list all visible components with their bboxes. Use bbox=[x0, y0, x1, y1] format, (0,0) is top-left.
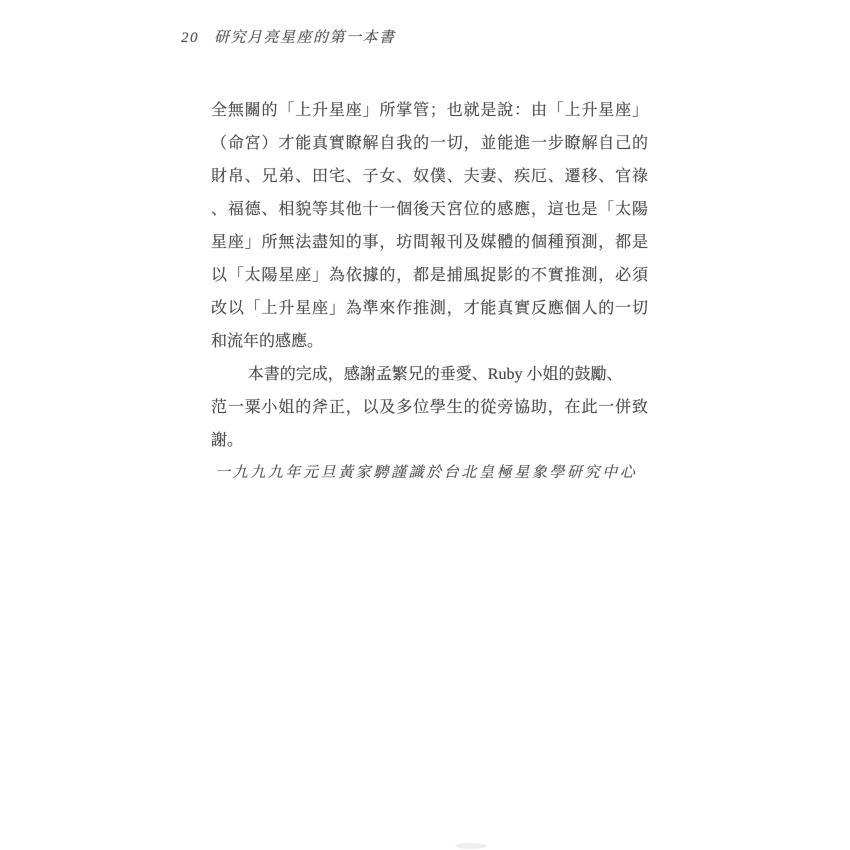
scan-smudge-artifact bbox=[455, 843, 487, 849]
text-line: 和流年的感應。 bbox=[211, 325, 648, 358]
body-text: 全無關的「上升星座」所掌管；也就是說：由「上升星座」 （命宮）才能真實瞭解自我的… bbox=[211, 94, 648, 490]
text-line: （命宮）才能真實瞭解自我的一切，並能進一步瞭解自己的 bbox=[211, 127, 648, 160]
text-line: 全無關的「上升星座」所掌管；也就是說：由「上升星座」 bbox=[211, 94, 648, 127]
text-line: 謝。 bbox=[211, 424, 648, 457]
text-line: 改以「上升星座」為準來作推測，才能真實反應個人的一切 bbox=[211, 292, 648, 325]
book-title: 研究月亮星座的第一本書 bbox=[214, 26, 396, 47]
running-header: 20 研究月亮星座的第一本書 bbox=[181, 26, 396, 47]
text-line: 星座」所無法盡知的事，坊間報刊及媒體的個種預測，都是 bbox=[211, 226, 648, 259]
text-line: 財帛、兄弟、田宅、子女、奴僕、夫妻、疾厄、遷移、官祿 bbox=[211, 160, 648, 193]
scanned-book-page: 20 研究月亮星座的第一本書 全無關的「上升星座」所掌管；也就是說：由「上升星座… bbox=[0, 0, 850, 850]
text-line: 本書的完成，感謝孟繁兄的垂愛、Ruby 小姐的鼓勵、 bbox=[211, 358, 648, 391]
author-signature-line: 一九九九年元旦黃家騁謹識於台北皇極星象學研究中心 bbox=[215, 457, 648, 490]
page-number: 20 bbox=[181, 30, 199, 47]
text-line: 、福德、相貌等其他十一個後天宮位的感應，這也是「太陽 bbox=[211, 193, 648, 226]
text-line: 以「太陽星座」為依據的，都是捕風捉影的不實推測，必須 bbox=[211, 259, 648, 292]
text-line: 范一粟小姐的斧正，以及多位學生的從旁協助，在此一併致 bbox=[211, 391, 648, 424]
